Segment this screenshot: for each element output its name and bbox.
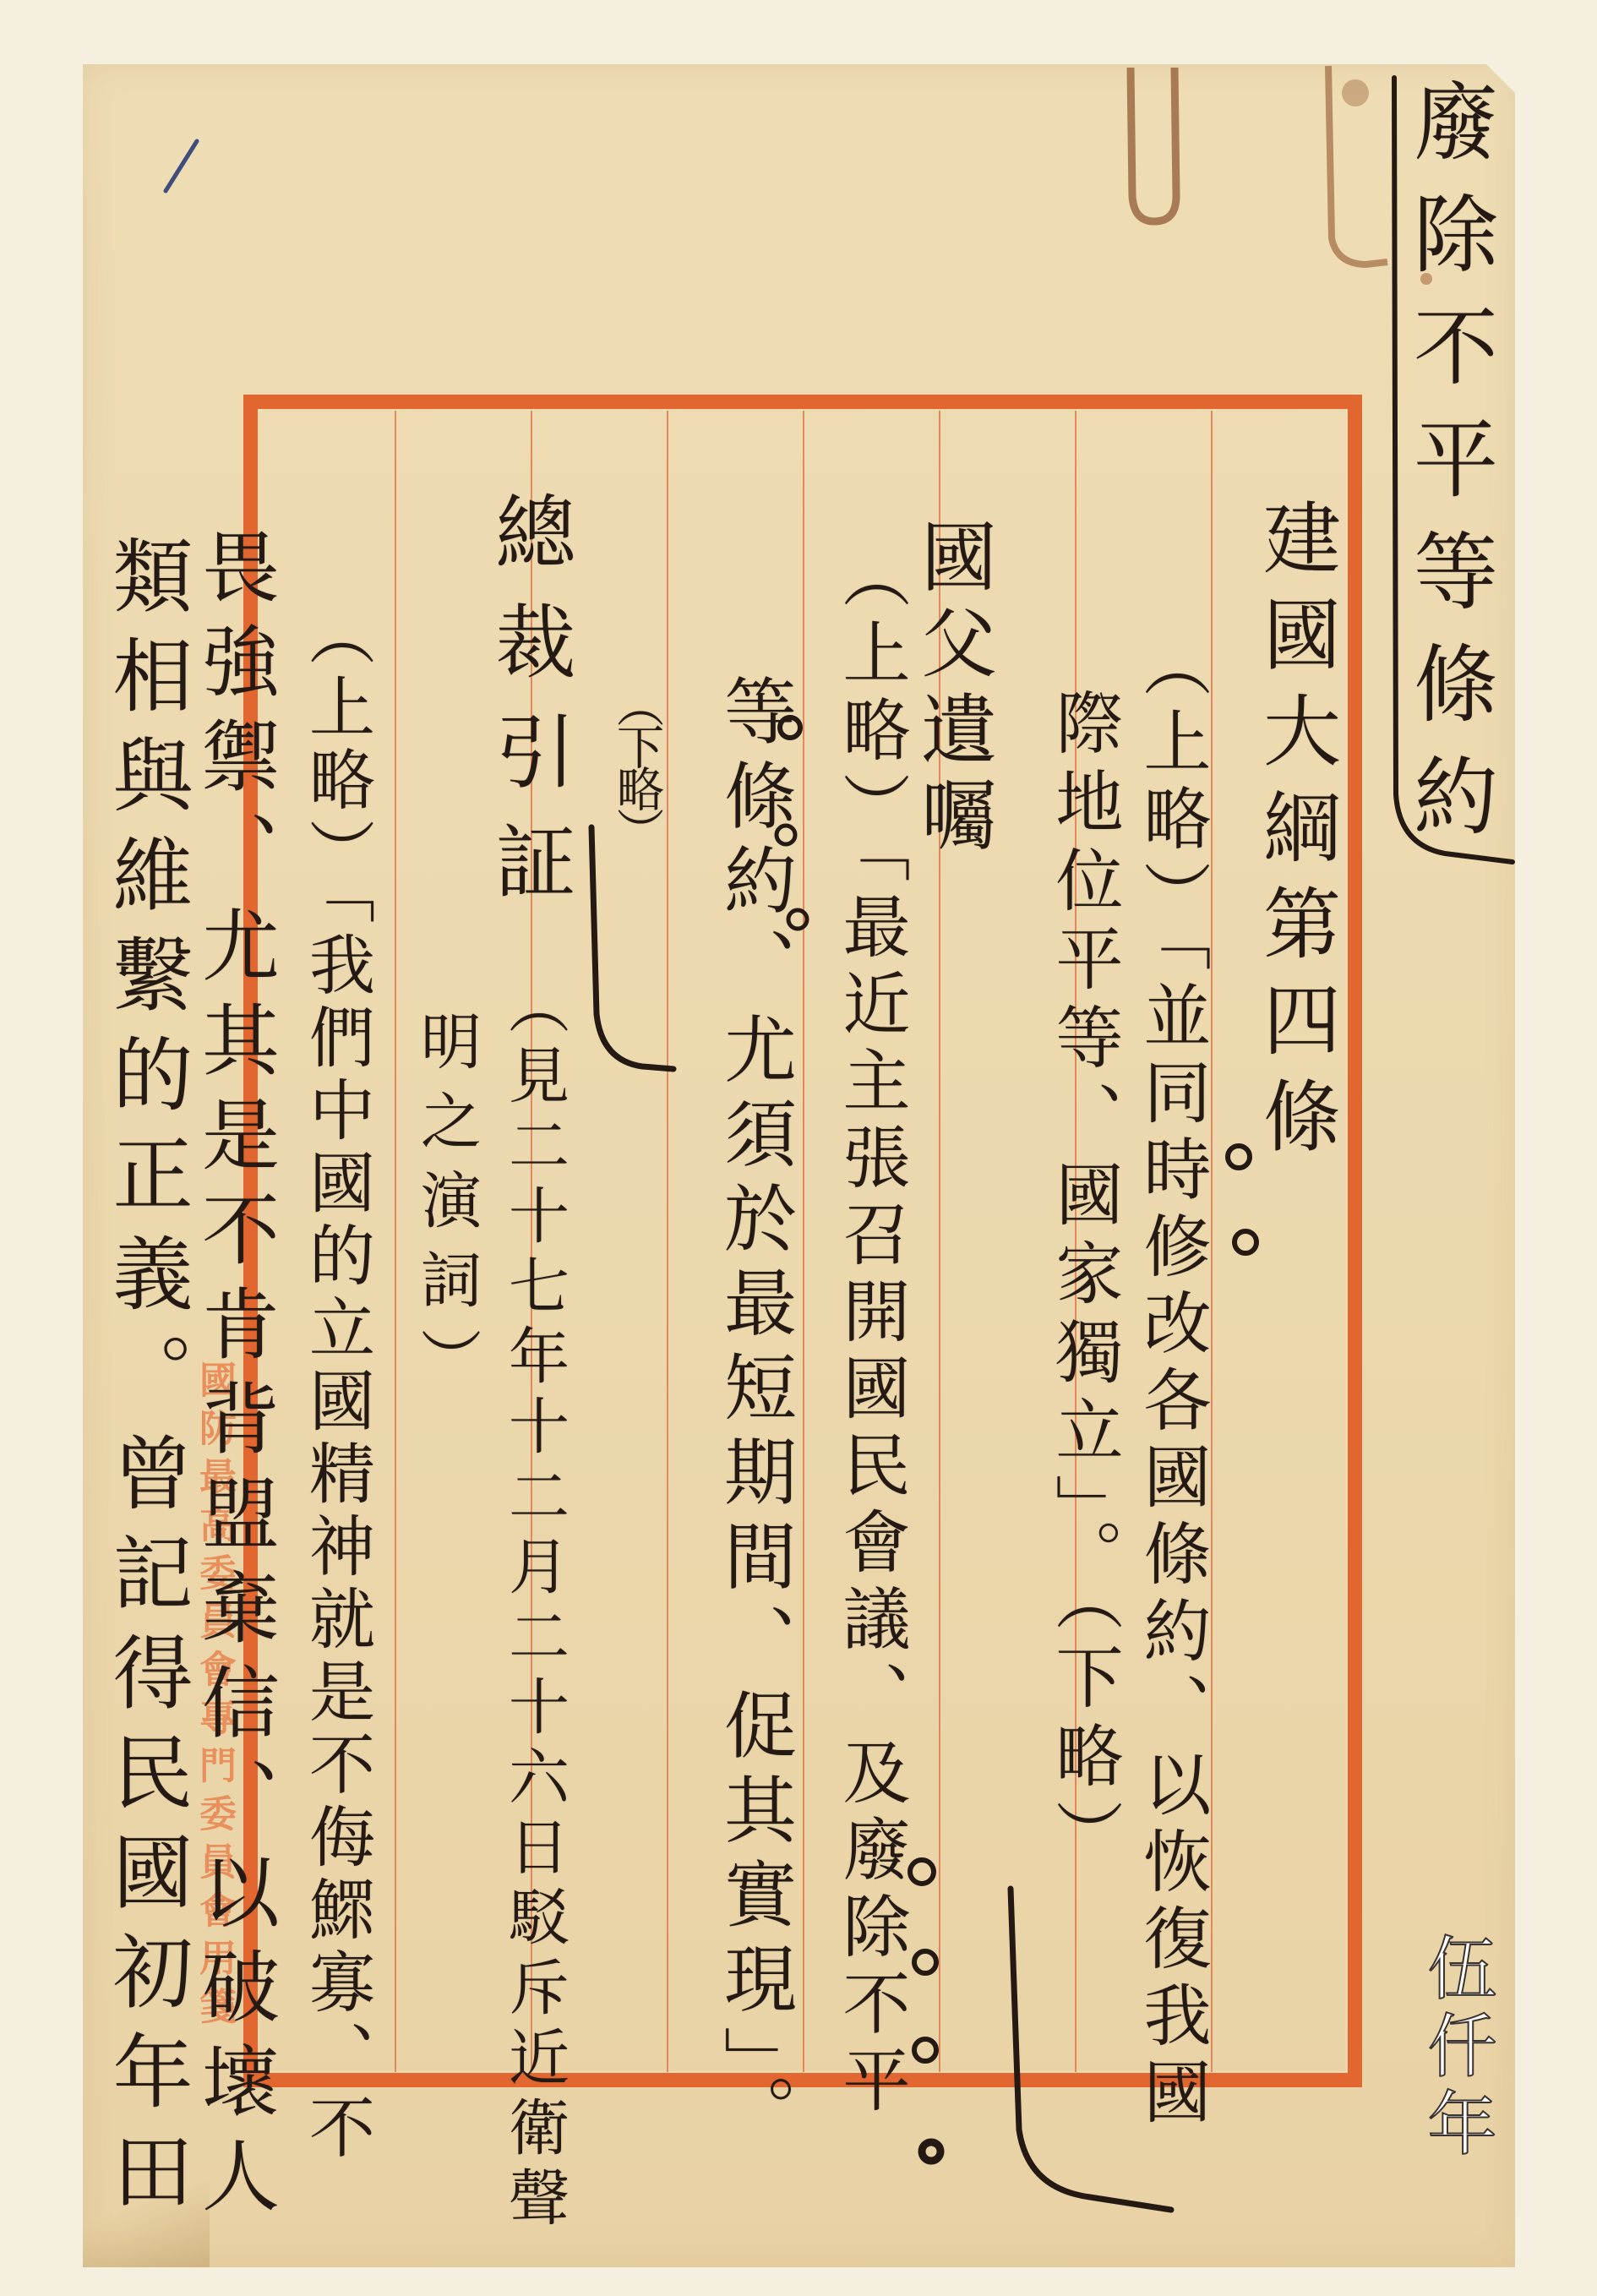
column-rule	[803, 411, 804, 2072]
section-heading-founding-outline: 建國大綱第四條	[1256, 498, 1334, 1172]
source-note-line: 明之演詞）	[416, 1010, 477, 1407]
source-note-line: （見二十七年十二月二十六日駁斥近衛聲	[504, 973, 564, 2236]
quote-line: （上略）「並同時修改各國條約、以恢復我國	[1137, 630, 1205, 2134]
quote-line: （上略）「我們中國的立國精神就是不侮鰥寡、不	[303, 600, 369, 2166]
quote-line: 等條約、尤須於最短期間、促其實現」。	[717, 674, 790, 2158]
section-heading-will: 國父遺囑	[913, 517, 989, 862]
document-title: 廢除不平等條約	[1406, 78, 1491, 864]
column-rule	[667, 411, 668, 2072]
watermark: 伍仟年	[1421, 1932, 1491, 2165]
quote-line: （上略）「最近主張召開國民會議、及廢除不平	[837, 541, 904, 2122]
quote-line: 類相與維繫的正義。曾記得民國初年田	[106, 534, 186, 2229]
section-heading-citation: 總裁引証	[488, 490, 569, 930]
quote-line: 際地位平等、國家獨立」。（下略）	[1049, 688, 1117, 1878]
quote-line: 畏強禦、尤其是不肯背盟棄信、以破壞人	[195, 526, 273, 2230]
column-rule	[1211, 411, 1213, 2072]
omission-note: （下略）	[613, 680, 660, 849]
column-rule	[395, 411, 396, 2072]
